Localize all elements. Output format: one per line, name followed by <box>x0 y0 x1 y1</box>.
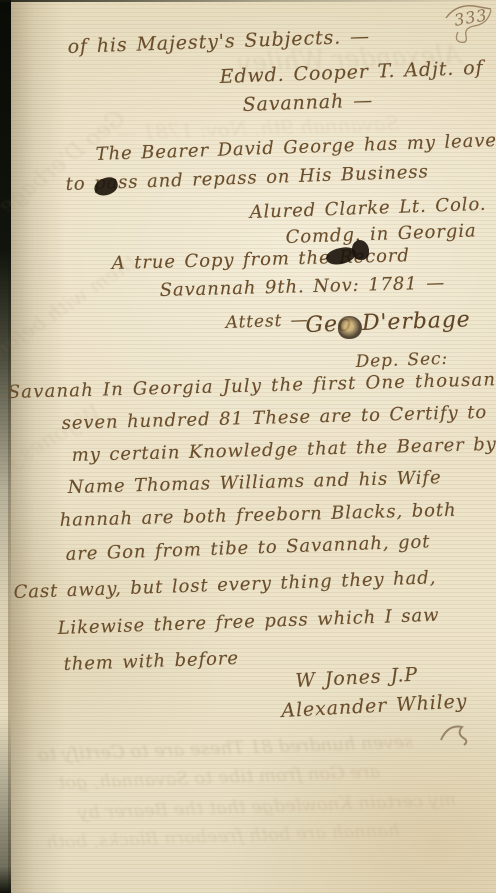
page-number-group: 333 <box>444 2 494 52</box>
ink-smudge-curl <box>438 720 474 750</box>
manuscript-page-scan: seven hundred 81 These are to Certify to… <box>0 0 496 893</box>
book-binding-edge <box>0 0 11 893</box>
manuscript-line-attest: Attest — <box>225 310 309 333</box>
manuscript-line: Dep. Sec: <box>355 349 448 372</box>
page-top-edge <box>0 0 496 2</box>
gutter-shadow <box>8 0 66 893</box>
ink-blot <box>338 316 362 339</box>
manuscript-line: Savannah — <box>242 89 373 116</box>
